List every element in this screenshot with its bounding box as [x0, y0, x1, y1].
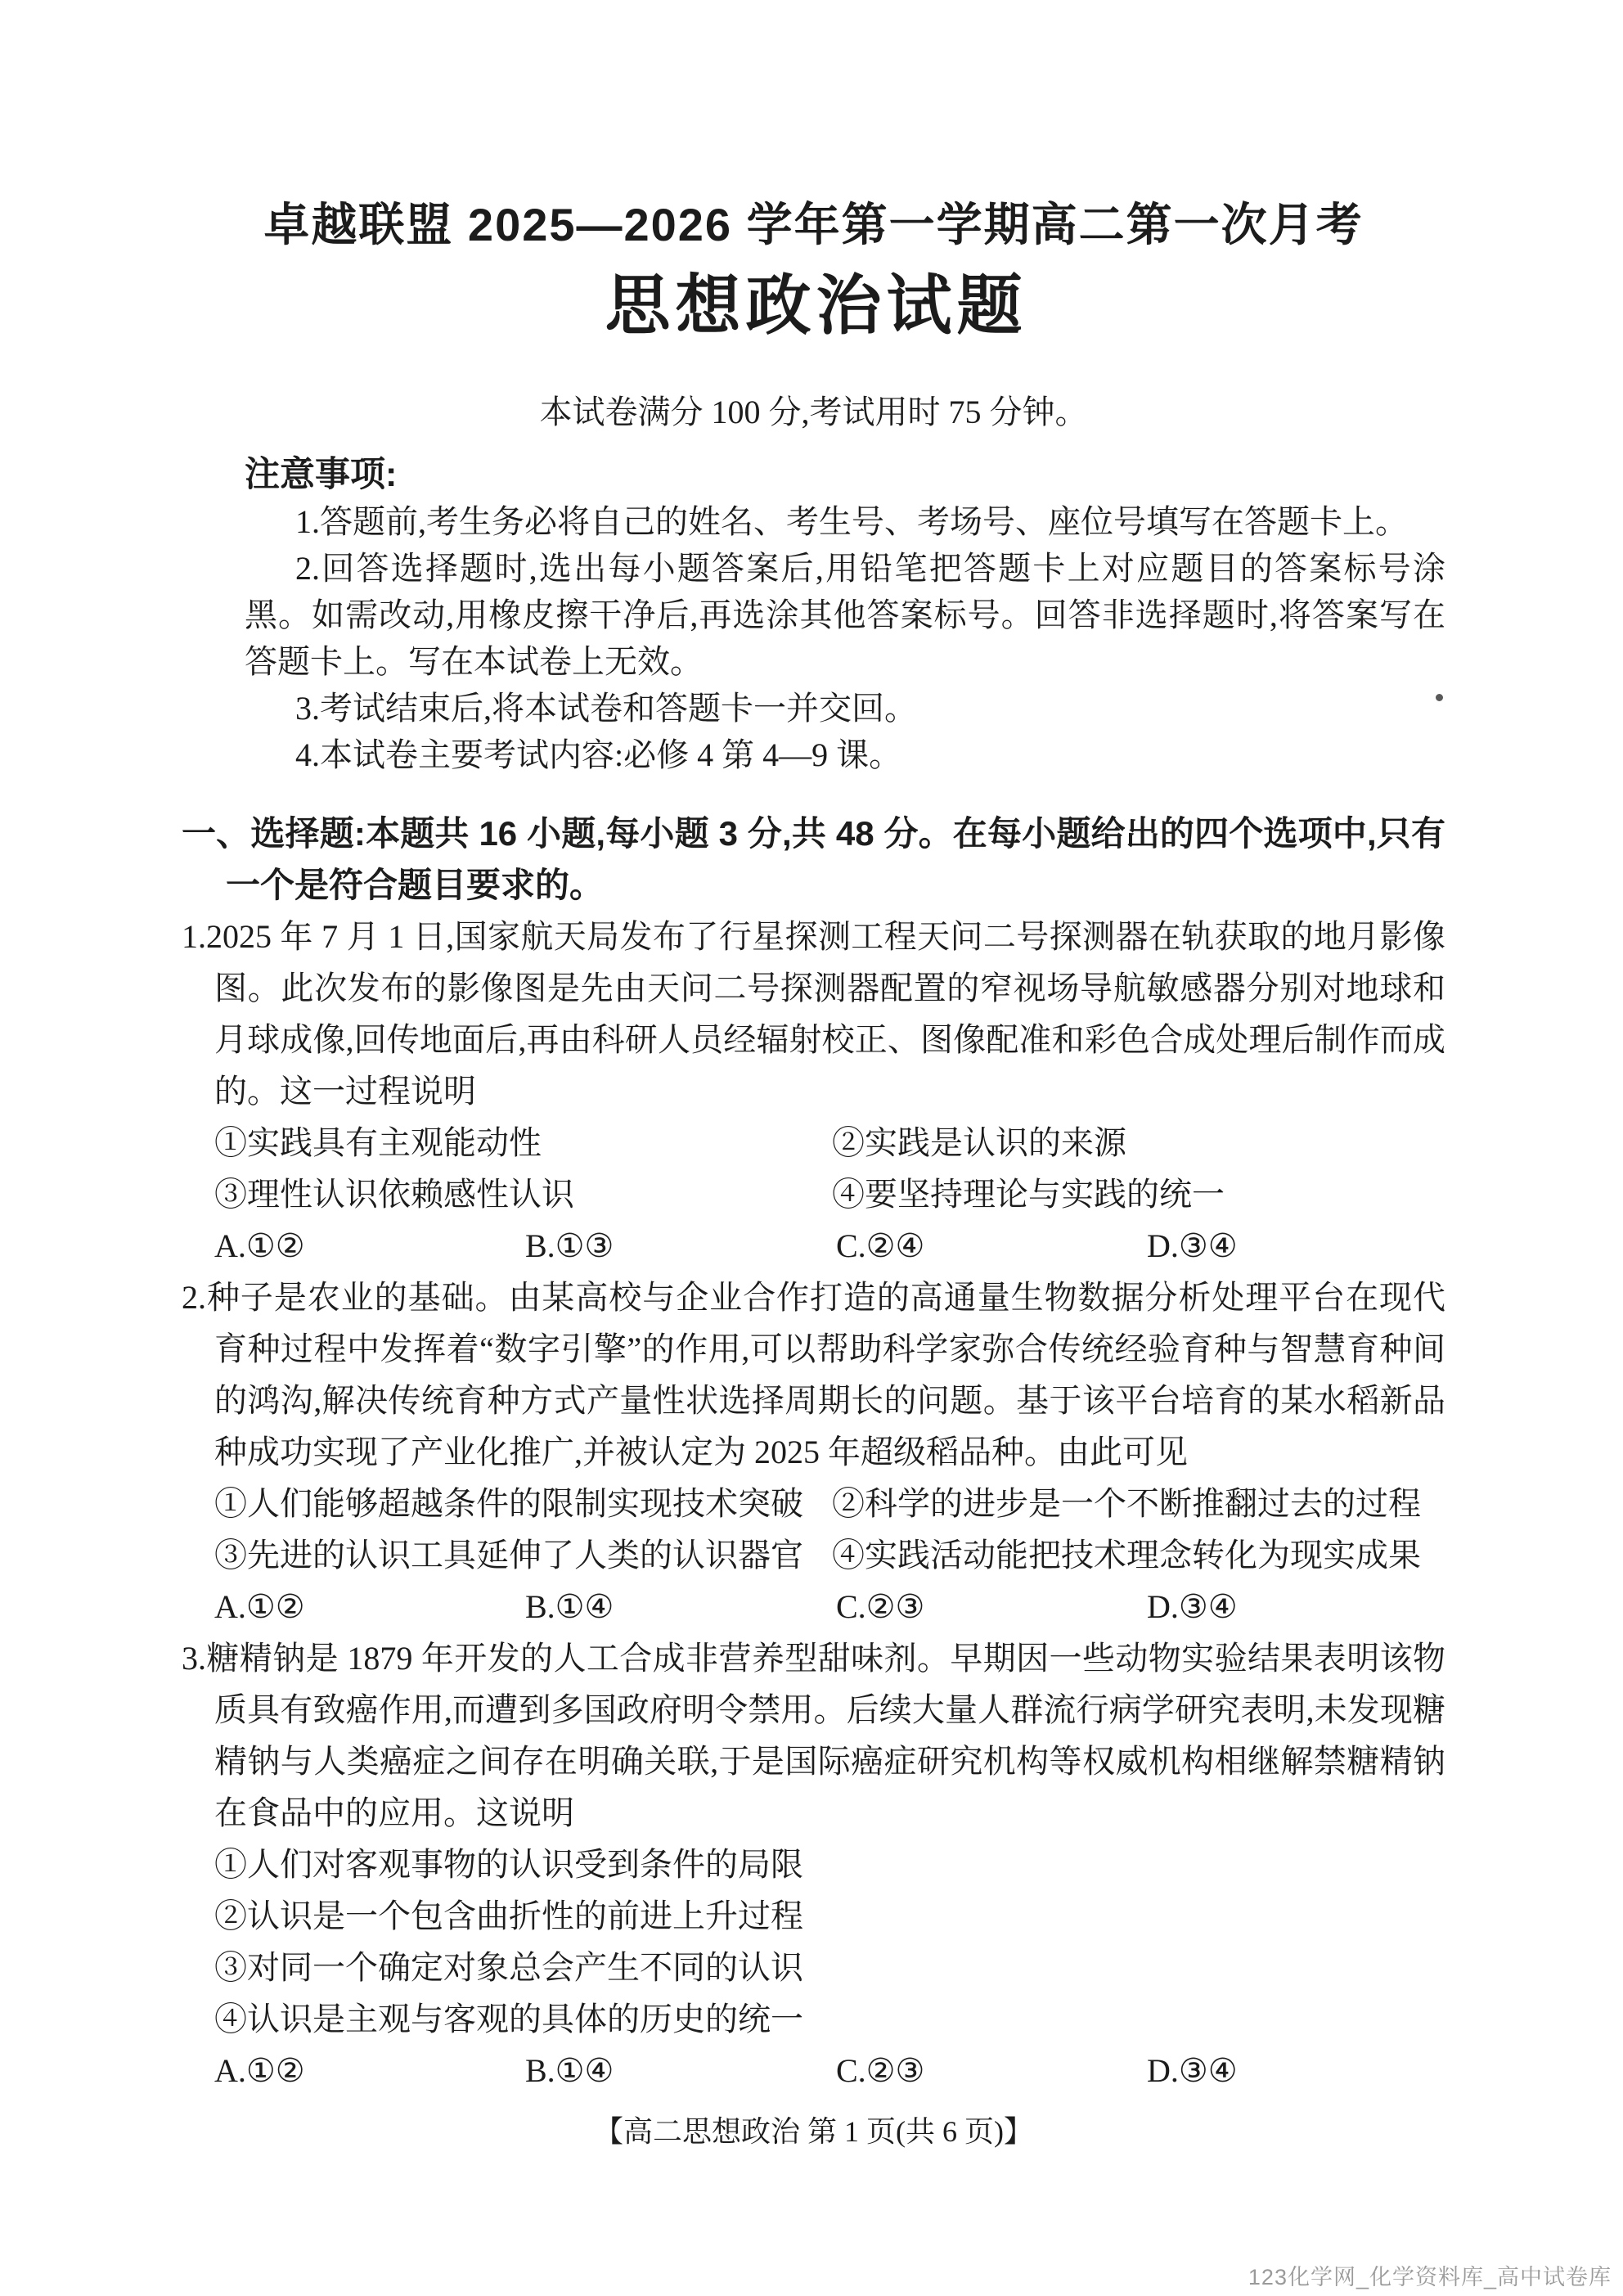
statement-item: ①实践具有主观能动性: [214, 1117, 832, 1168]
section-one-heading: 一、选择题:本题共 16 小题,每小题 3 分,共 48 分。在每小题给出的四个…: [182, 808, 1445, 911]
choice-list: A.①②B.①④C.②③D.③④: [182, 2045, 1445, 2096]
notice-item-list: 1.答题前,考生务必将自己的姓名、考生号、考场号、座位号填写在答题卡上。2.回答…: [245, 498, 1445, 778]
statement-item: ④认识是主观与客观的具体的历史的统一: [214, 1993, 1445, 2045]
question-stem: 3.糖精钠是 1879 年开发的人工合成非营养型甜味剂。早期因一些动物实验结果表…: [182, 1632, 1445, 1839]
statement-item: ②实践是认识的来源: [832, 1117, 1445, 1168]
choice-item: D.③④: [1147, 1581, 1445, 1632]
statement-item: ④要坚持理论与实践的统一: [832, 1168, 1445, 1220]
scan-speck: [1436, 694, 1443, 701]
choice-item: D.③④: [1147, 1220, 1445, 1272]
question-number: 1.: [182, 918, 206, 955]
statement-item: ③对同一个确定对象总会产生不同的认识: [214, 1942, 1445, 1993]
statement-item: ④实践活动能把技术理念转化为现实成果: [832, 1529, 1445, 1581]
statement-item: ①人们能够超越条件的限制实现技术突破: [214, 1478, 832, 1529]
choice-item: A.①②: [214, 2045, 525, 2096]
choice-item: B.①④: [525, 1581, 836, 1632]
statement-list: ①人们对客观事物的认识受到条件的局限②认识是一个包含曲折性的前进上升过程③对同一…: [182, 1839, 1445, 2045]
statement-list: ①人们能够超越条件的限制实现技术突破②科学的进步是一个不断推翻过去的过程③先进的…: [182, 1478, 1445, 1581]
question: 2.种子是农业的基础。由某高校与企业合作打造的高通量生物数据分析处理平台在现代育…: [182, 1272, 1445, 1632]
choice-item: B.①④: [525, 2045, 836, 2096]
exam-info-line: 本试卷满分 100 分,考试用时 75 分钟。: [182, 393, 1445, 432]
choice-item: C.②③: [836, 1581, 1147, 1632]
question-stem: 1.2025 年 7 月 1 日,国家航天局发布了行星探测工程天问二号探测器在轨…: [182, 911, 1445, 1117]
watermark-text: 123化学网_化学资料库_高中试卷库: [1248, 2259, 1612, 2291]
statement-item: ②认识是一个包含曲折性的前进上升过程: [214, 1890, 1445, 1942]
question-number: 3.: [182, 1640, 206, 1677]
notice-item: 2.回答选择题时,选出每小题答案后,用铅笔把答题卡上对应题目的答案标号涂黑。如需…: [245, 545, 1445, 685]
question-stem-text: 2025 年 7 月 1 日,国家航天局发布了行星探测工程天问二号探测器在轨获取…: [206, 918, 1445, 1110]
statement-item: ③理性认识依赖感性认识: [214, 1168, 832, 1220]
statement-list: ①实践具有主观能动性②实践是认识的来源③理性认识依赖感性认识④要坚持理论与实践的…: [182, 1117, 1445, 1220]
exam-title-line1: 卓越联盟 2025—2026 学年第一学期高二第一次月考: [182, 196, 1445, 254]
question-number: 2.: [182, 1279, 206, 1316]
notice-heading: 注意事项:: [245, 452, 1445, 498]
exam-paper-page: 卓越联盟 2025—2026 学年第一学期高二第一次月考 思想政治试题 本试卷满…: [0, 0, 1623, 2296]
notice-item: 4.本试卷主要考试内容:必修 4 第 4—9 课。: [245, 732, 1445, 778]
notice-item: 1.答题前,考生务必将自己的姓名、考生号、考场号、座位号填写在答题卡上。: [245, 498, 1445, 545]
question-stem-text: 种子是农业的基础。由某高校与企业合作打造的高通量生物数据分析处理平台在现代育种过…: [206, 1279, 1445, 1470]
exam-title-line2: 思想政治试题: [182, 267, 1445, 345]
statement-item: ③先进的认识工具延伸了人类的认识器官: [214, 1529, 832, 1581]
statement-item: ①人们对客观事物的认识受到条件的局限: [214, 1839, 1445, 1890]
choice-item: A.①②: [214, 1581, 525, 1632]
question: 1.2025 年 7 月 1 日,国家航天局发布了行星探测工程天问二号探测器在轨…: [182, 911, 1445, 1272]
choice-item: B.①③: [525, 1220, 836, 1272]
choice-item: D.③④: [1147, 2045, 1445, 2096]
choice-list: A.①②B.①③C.②④D.③④: [182, 1220, 1445, 1272]
question: 3.糖精钠是 1879 年开发的人工合成非营养型甜味剂。早期因一些动物实验结果表…: [182, 1632, 1445, 2096]
notice-section: 注意事项: 1.答题前,考生务必将自己的姓名、考生号、考场号、座位号填写在答题卡…: [245, 452, 1445, 778]
page-footer: 【高二思想政治 第 1 页(共 6 页)】: [182, 2106, 1445, 2158]
choice-list: A.①②B.①④C.②③D.③④: [182, 1581, 1445, 1632]
question-stem: 2.种子是农业的基础。由某高校与企业合作打造的高通量生物数据分析处理平台在现代育…: [182, 1272, 1445, 1478]
choice-item: C.②③: [836, 2045, 1147, 2096]
choice-item: C.②④: [836, 1220, 1147, 1272]
choice-item: A.①②: [214, 1220, 525, 1272]
page-content: 卓越联盟 2025—2026 学年第一学期高二第一次月考 思想政治试题 本试卷满…: [182, 196, 1445, 2158]
question-stem-text: 糖精钠是 1879 年开发的人工合成非营养型甜味剂。早期因一些动物实验结果表明该…: [206, 1640, 1445, 1831]
notice-item: 3.考试结束后,将本试卷和答题卡一并交回。: [245, 685, 1445, 732]
statement-item: ②科学的进步是一个不断推翻过去的过程: [832, 1478, 1445, 1529]
question-list: 1.2025 年 7 月 1 日,国家航天局发布了行星探测工程天问二号探测器在轨…: [182, 911, 1445, 2096]
